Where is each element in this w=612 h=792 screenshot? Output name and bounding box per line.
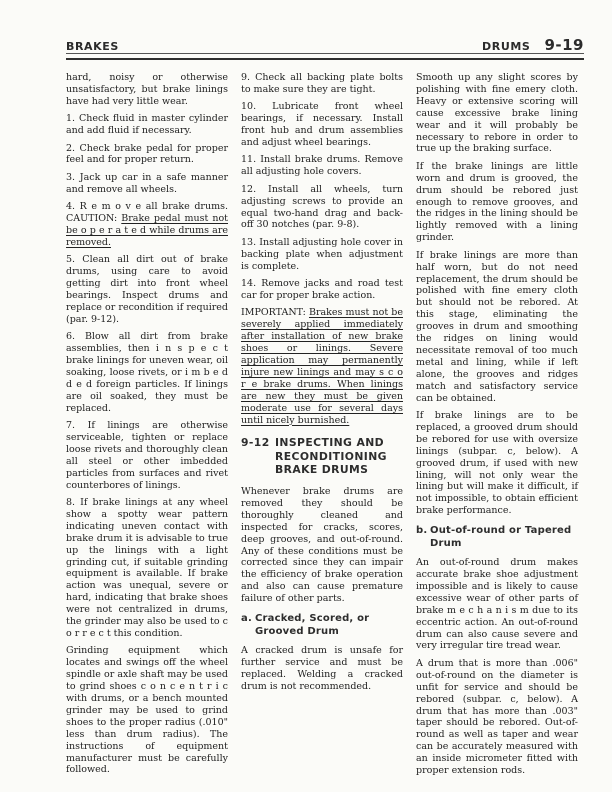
step-10: 10. Lubricate front wheel bearings, if n…: [241, 101, 403, 149]
important-underlined-text: Brakes must not be severely applied imme…: [241, 307, 403, 425]
subsection-heading-a: a.Cracked, Scored, or Grooved Drum: [241, 613, 403, 638]
step-11: 11. Install brake drums. Remove all adju…: [241, 154, 403, 178]
section-heading-9-12: 9-12INSPECTING AND RECONDITIONING BRAKE …: [241, 436, 403, 477]
step-6: 6. Blow all dirt from brake assemblies, …: [66, 331, 228, 414]
step-8: 8. If brake linings at any wheel show a …: [66, 497, 228, 640]
subsection-title: Out-of-round or Tapered Drum: [430, 525, 571, 549]
whenever-paragraph: Whenever brake drums are removed they sh…: [241, 486, 403, 605]
text-columns: hard, noisy or otherwise unsatisfactory,…: [66, 72, 578, 782]
micrometer-paragraph: A drum that is more than .006" out-of-ro…: [416, 658, 578, 777]
column-2: 9. Check all backing plate bolts to make…: [241, 72, 403, 782]
header-left-title: BRAKES: [66, 40, 119, 53]
grinding-paragraph: Grinding equipment which locates and swi…: [66, 645, 228, 776]
subsection-heading-b: b.Out-of-round or Tapered Drum: [416, 525, 578, 550]
manual-page: BRAKES DRUMS 9-19 hard, noisy or otherwi…: [0, 0, 612, 792]
header-rule: [66, 53, 584, 60]
intro-paragraph: hard, noisy or otherwise unsatisfactory,…: [66, 72, 228, 108]
step-13: 13. Install adjusting hole cover in back…: [241, 237, 403, 273]
step-14: 14. Remove jacks and road test car for p…: [241, 278, 403, 302]
subsection-letter: a.: [241, 613, 252, 626]
column-3: Smooth up any slight scores by polishing…: [416, 72, 578, 782]
step-2: 2. Check brake pedal for proper feel and…: [66, 143, 228, 167]
linings-half-worn-paragraph: If brake linings are more than half worn…: [416, 250, 578, 405]
step-7: 7. If linings are otherwise serviceable,…: [66, 420, 228, 491]
scores-paragraph: Smooth up any slight scores by polishing…: [416, 72, 578, 155]
subsection-title: Cracked, Scored, or Grooved Drum: [255, 613, 369, 637]
linings-replaced-paragraph: If brake linings are to be replaced, a g…: [416, 410, 578, 517]
running-header: BRAKES DRUMS 9-19: [66, 36, 584, 54]
section-title: INSPECTING AND RECONDITIONING BRAKE DRUM…: [275, 436, 387, 476]
column-1: hard, noisy or otherwise unsatisfactory,…: [66, 72, 228, 782]
section-number: 9-12: [241, 436, 270, 450]
header-section-title: DRUMS: [482, 40, 530, 53]
cracked-drum-paragraph: A cracked drum is unsafe for further ser…: [241, 645, 403, 693]
subsection-letter: b.: [416, 525, 427, 538]
step-12: 12. Install all wheels, turn adjusting s…: [241, 184, 403, 232]
step-4-caution: 4. R e m o v e all brake drums. CAUTION:…: [66, 201, 228, 249]
step-1: 1. Check fluid in master cylinder and ad…: [66, 113, 228, 137]
page-number: 9-19: [544, 36, 584, 54]
step-9: 9. Check all backing plate bolts to make…: [241, 72, 403, 96]
important-lead: IMPORTANT:: [241, 307, 306, 318]
important-note: IMPORTANT: Brakes must not be severely a…: [241, 307, 403, 426]
linings-little-worn-paragraph: If the brake linings are little worn and…: [416, 161, 578, 244]
step-5: 5. Clean all dirt out of brake drums, us…: [66, 254, 228, 325]
out-of-round-paragraph: An out-of-round drum makes accurate brak…: [416, 557, 578, 652]
step-3: 3. Jack up car in a safe manner and remo…: [66, 172, 228, 196]
